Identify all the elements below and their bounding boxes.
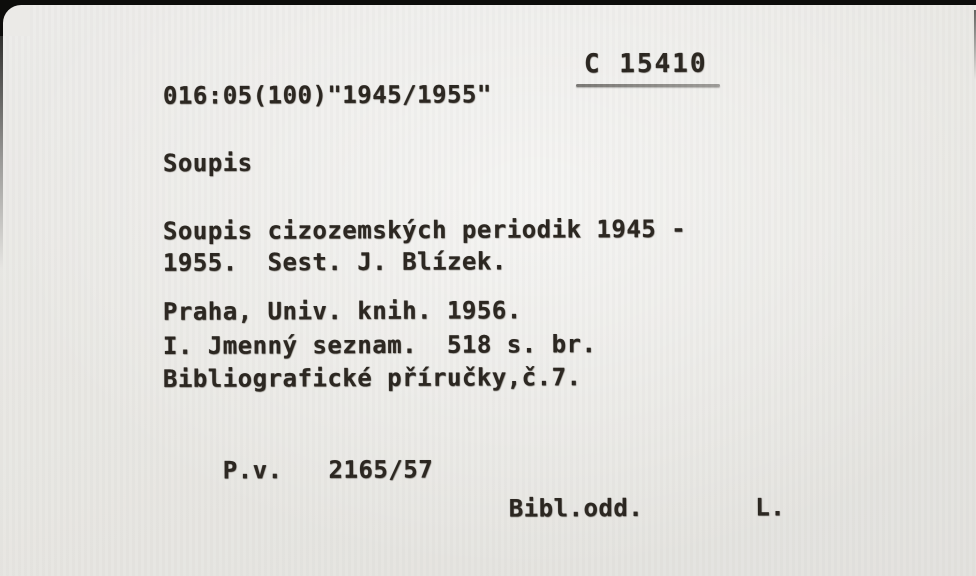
title-line-2: 1955. Sest. J. Blízek. <box>163 249 507 276</box>
scan-corner-top-left <box>0 0 30 36</box>
collation-line: I. Jmenný seznam. 518 s. br. <box>163 332 597 359</box>
shelf-mark: C 15410 <box>584 51 708 79</box>
series-statement: Bibliografické příručky,č.7. <box>163 365 582 392</box>
department-line: Bibl.odd.L. <box>449 470 786 547</box>
accession-line: P.v.2165/57 <box>163 432 434 509</box>
title-line-1: Soupis cizozemských periodik 1945 - <box>163 217 686 244</box>
accession-label: P.v. <box>223 456 283 484</box>
scan-left-edge-shadow <box>0 29 3 269</box>
card-rounded-corner <box>3 5 30 36</box>
classification-number: 016:05(100)"1945/1955" <box>163 82 492 109</box>
librarian-initial: L. <box>755 493 785 521</box>
imprint-line: Praha, Univ. knih. 1956. <box>163 298 522 325</box>
shelf-mark-underline <box>576 84 720 87</box>
department-label: Bibl.odd. <box>509 494 644 523</box>
catalog-card: C 15410 016:05(100)"1945/1955" Soupis So… <box>0 5 976 576</box>
accession-number: 2165/57 <box>329 456 434 484</box>
main-entry-heading: Soupis <box>163 151 253 177</box>
